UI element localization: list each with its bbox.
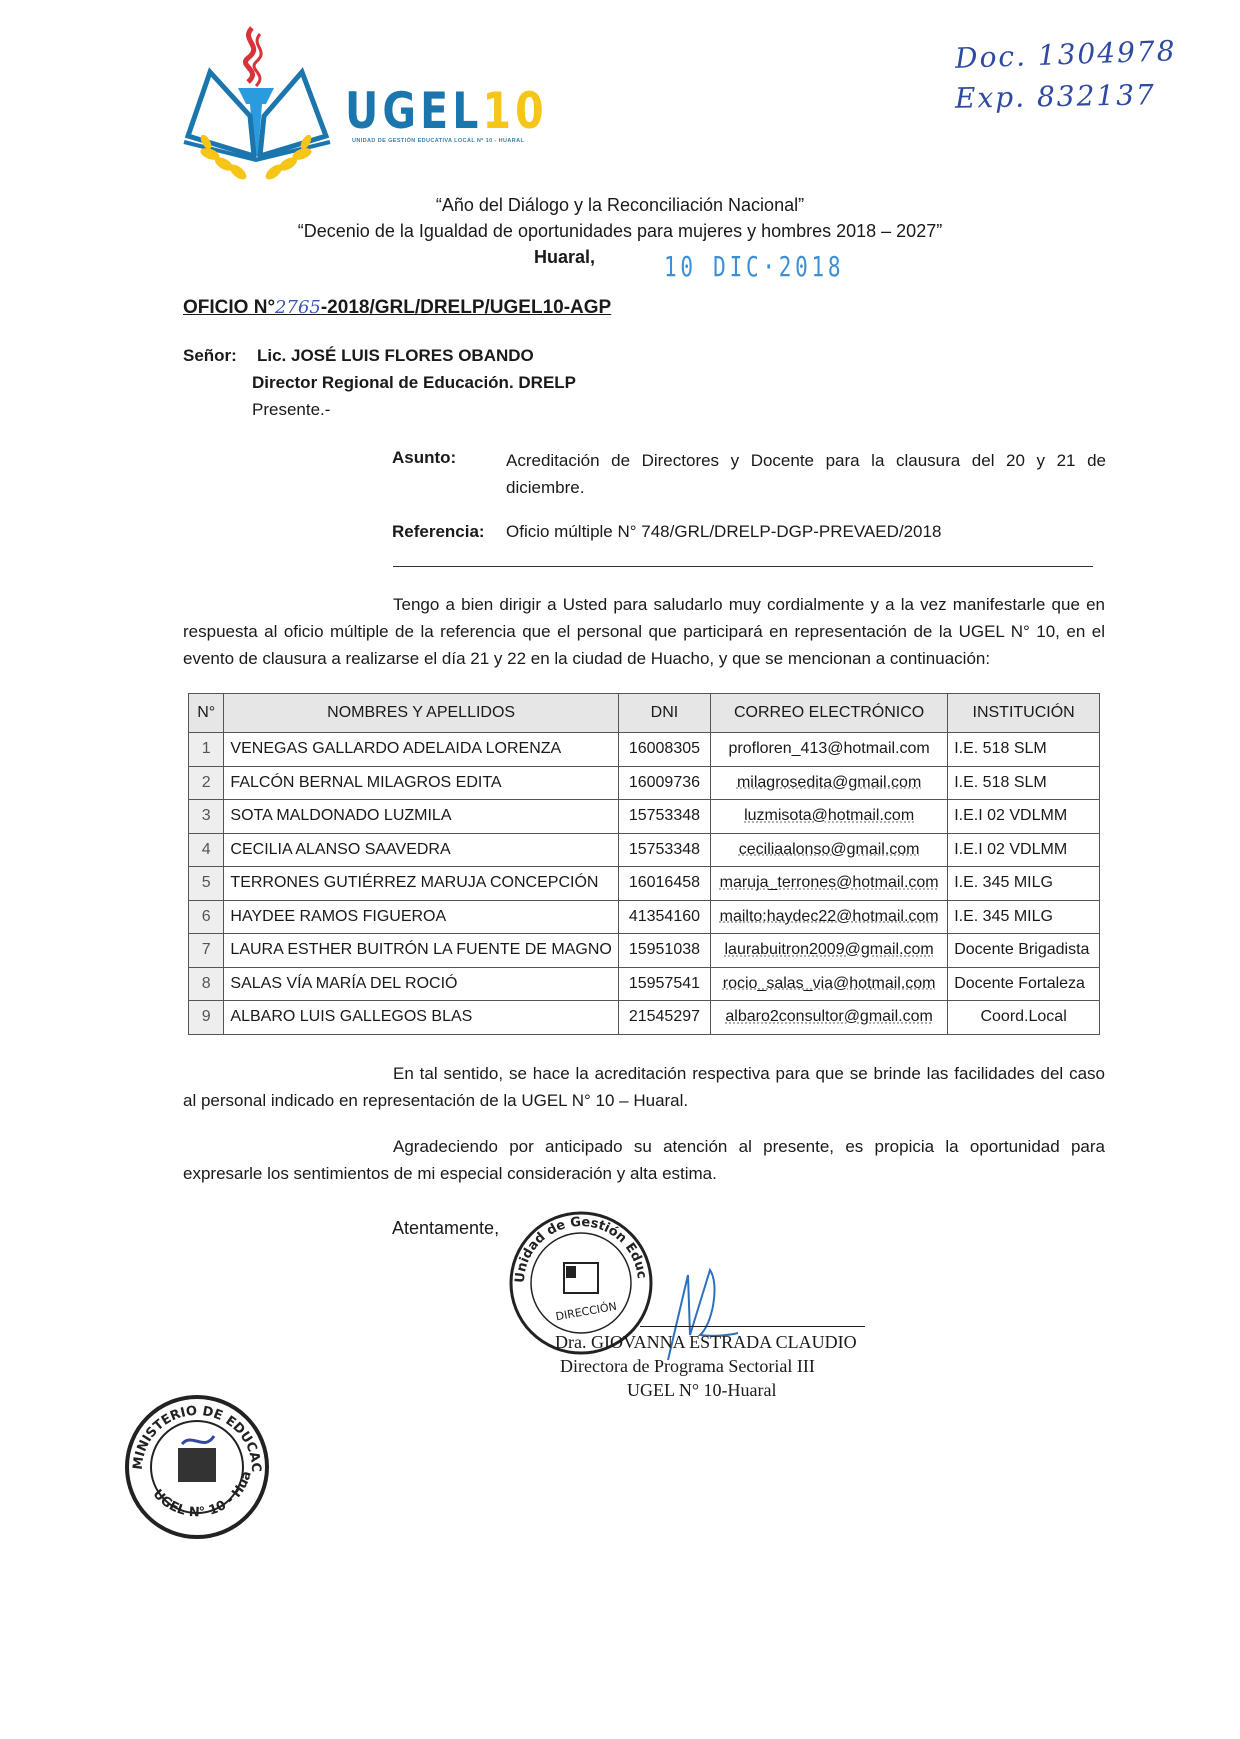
recipient-label: Señor:: [183, 347, 237, 364]
row-institution: I.E.I 02 VDLMM: [948, 833, 1100, 867]
row-dni: 15753348: [618, 833, 710, 867]
table-row: 9ALBARO LUIS GALLEGOS BLAS21545297albaro…: [189, 1001, 1100, 1035]
table-row: 7LAURA ESTHER BUITRÓN LA FUENTE DE MAGNO…: [189, 934, 1100, 968]
row-institution: Docente Fortaleza: [948, 967, 1100, 1001]
row-dni: 15753348: [618, 800, 710, 834]
body-paragraph-2: En tal sentido, se hace la acreditación …: [183, 1060, 1105, 1114]
header-email: CORREO ELECTRÓNICO: [711, 694, 948, 733]
table-row: 2FALCÓN BERNAL MILAGROS EDITA16009736mil…: [189, 766, 1100, 800]
row-email-cell: albaro2consultor@gmail.com: [711, 1001, 948, 1035]
divider-rule: [393, 566, 1093, 567]
table-header-row: N° NOMBRES Y APELLIDOS DNI CORREO ELECTR…: [189, 694, 1100, 733]
row-number: 7: [189, 934, 224, 968]
handwritten-doc-number: Doc. 1304978: [954, 34, 1177, 75]
slogan-year: “Año del Diálogo y la Reconciliación Nac…: [0, 195, 1240, 216]
row-name: HAYDEE RAMOS FIGUEROA: [224, 900, 618, 934]
row-email-link[interactable]: profloren_413@hotmail.com: [729, 740, 930, 757]
logo-subtitle: UNIDAD DE GESTIÓN EDUCATIVA LOCAL Nº 10 …: [352, 138, 524, 144]
row-name: SALAS VÍA MARÍA DEL ROCIÓ: [224, 967, 618, 1001]
row-dni: 15957541: [618, 967, 710, 1001]
row-email-link[interactable]: albaro2consultor@gmail.com: [725, 1008, 932, 1025]
row-number: 3: [189, 800, 224, 834]
row-dni: 16009736: [618, 766, 710, 800]
row-dni: 15951038: [618, 934, 710, 968]
row-email-link[interactable]: maruja_terrones@hotmail.com: [720, 874, 939, 891]
row-number: 6: [189, 900, 224, 934]
table-row: 8SALAS VÍA MARÍA DEL ROCIÓ15957541rocio_…: [189, 967, 1100, 1001]
row-name: ALBARO LUIS GALLEGOS BLAS: [224, 1001, 618, 1035]
row-email-link[interactable]: laurabuitron2009@gmail.com: [725, 941, 934, 958]
row-number: 2: [189, 766, 224, 800]
row-email-link[interactable]: rocio_salas_via@hotmail.com: [723, 975, 936, 992]
row-name: TERRONES GUTIÉRREZ MARUJA CONCEPCIÓN: [224, 867, 618, 901]
row-email-cell: profloren_413@hotmail.com: [711, 733, 948, 767]
referencia-label: Referencia:: [392, 523, 485, 540]
row-institution: I.E.I 02 VDLMM: [948, 800, 1100, 834]
row-email-cell: ceciliaalonso@gmail.com: [711, 833, 948, 867]
body-paragraph-1: Tengo a bien dirigir a Usted para saluda…: [183, 591, 1105, 672]
row-email-link[interactable]: mailto:haydec22@hotmail.com: [720, 908, 939, 925]
svg-text:Unidad de Gestión Educativa: Unidad de Gestión Educativa: [506, 1208, 649, 1283]
row-number: 9: [189, 1001, 224, 1035]
logo-wordmark: UGEL10: [345, 86, 548, 136]
recipient-presente: Presente.-: [252, 401, 330, 418]
signer-role: Directora de Programa Sectorial III: [560, 1356, 815, 1377]
header-name: NOMBRES Y APELLIDOS: [224, 694, 618, 733]
row-email-cell: luzmisota@hotmail.com: [711, 800, 948, 834]
row-institution: I.E. 345 MILG: [948, 900, 1100, 934]
row-email-link[interactable]: ceciliaalonso@gmail.com: [739, 841, 920, 858]
signature-line: [640, 1326, 865, 1327]
row-institution: Coord.Local: [948, 1001, 1100, 1035]
referencia-text: Oficio múltiple N° 748/GRL/DRELP-DGP-PRE…: [506, 523, 941, 540]
row-number: 4: [189, 833, 224, 867]
row-email-link[interactable]: milagrosedita@gmail.com: [737, 774, 921, 791]
oficio-handwritten-number: 2765: [275, 297, 321, 318]
recipient-name: Lic. JOSÉ LUIS FLORES OBANDO: [257, 347, 534, 364]
row-institution: I.E. 345 MILG: [948, 867, 1100, 901]
ministry-stamp: MINISTERIO DE EDUCACIÓN UGEL N° 10 - Hua…: [122, 1392, 272, 1542]
row-email-cell: milagrosedita@gmail.com: [711, 766, 948, 800]
table-row: 4CECILIA ALANSO SAAVEDRA15753348ceciliaa…: [189, 833, 1100, 867]
row-email-cell: laurabuitron2009@gmail.com: [711, 934, 948, 968]
recipient-title: Director Regional de Educación. DRELP: [252, 374, 576, 391]
row-email-cell: mailto:haydec22@hotmail.com: [711, 900, 948, 934]
signer-organization: UGEL N° 10-Huaral: [627, 1380, 776, 1401]
body-paragraph-3: Agradeciendo por anticipado su atención …: [183, 1133, 1105, 1187]
table-row: 5TERRONES GUTIÉRREZ MARUJA CONCEPCIÓN160…: [189, 867, 1100, 901]
row-email-link[interactable]: luzmisota@hotmail.com: [744, 807, 914, 824]
row-name: SOTA MALDONADO LUZMILA: [224, 800, 618, 834]
header-institution: INSTITUCIÓN: [948, 694, 1100, 733]
row-email-cell: rocio_salas_via@hotmail.com: [711, 967, 948, 1001]
signer-name: Dra. GIOVANNA ESTRADA CLAUDIO: [555, 1332, 857, 1353]
row-institution: I.E. 518 SLM: [948, 733, 1100, 767]
row-dni: 21545297: [618, 1001, 710, 1035]
city-label: Huaral,: [534, 247, 595, 268]
row-name: CECILIA ALANSO SAAVEDRA: [224, 833, 618, 867]
svg-text:DIRECCIÓN: DIRECCIÓN: [555, 1300, 618, 1324]
row-number: 1: [189, 733, 224, 767]
row-number: 8: [189, 967, 224, 1001]
row-name: VENEGAS GALLARDO ADELAIDA LORENZA: [224, 733, 618, 767]
row-email-cell: maruja_terrones@hotmail.com: [711, 867, 948, 901]
asunto-text: Acreditación de Directores y Docente par…: [506, 447, 1106, 501]
asunto-label: Asunto:: [392, 449, 456, 466]
header-number: N°: [189, 694, 224, 733]
row-institution: I.E. 518 SLM: [948, 766, 1100, 800]
row-name: LAURA ESTHER BUITRÓN LA FUENTE DE MAGNO: [224, 934, 618, 968]
date-stamp: 10 DIC·2018: [664, 250, 844, 283]
row-name: FALCÓN BERNAL MILAGROS EDITA: [224, 766, 618, 800]
table-row: 1VENEGAS GALLARDO ADELAIDA LORENZA160083…: [189, 733, 1100, 767]
header-dni: DNI: [618, 694, 710, 733]
table-row: 6HAYDEE RAMOS FIGUEROA41354160mailto:hay…: [189, 900, 1100, 934]
slogan-decade: “Decenio de la Igualdad de oportunidades…: [0, 221, 1240, 242]
table-row: 3SOTA MALDONADO LUZMILA15753348luzmisota…: [189, 800, 1100, 834]
oficio-reference: OFICIO N°2765-2018/GRL/DRELP/UGEL10-AGP: [183, 297, 611, 319]
row-dni: 16016458: [618, 867, 710, 901]
participants-table: N° NOMBRES Y APELLIDOS DNI CORREO ELECTR…: [188, 693, 1100, 1035]
closing-text: Atentamente,: [392, 1218, 499, 1239]
row-dni: 16008305: [618, 733, 710, 767]
row-number: 5: [189, 867, 224, 901]
row-dni: 41354160: [618, 900, 710, 934]
row-institution: Docente Brigadista: [948, 934, 1100, 968]
handwritten-exp-number: Exp. 832137: [955, 78, 1156, 115]
